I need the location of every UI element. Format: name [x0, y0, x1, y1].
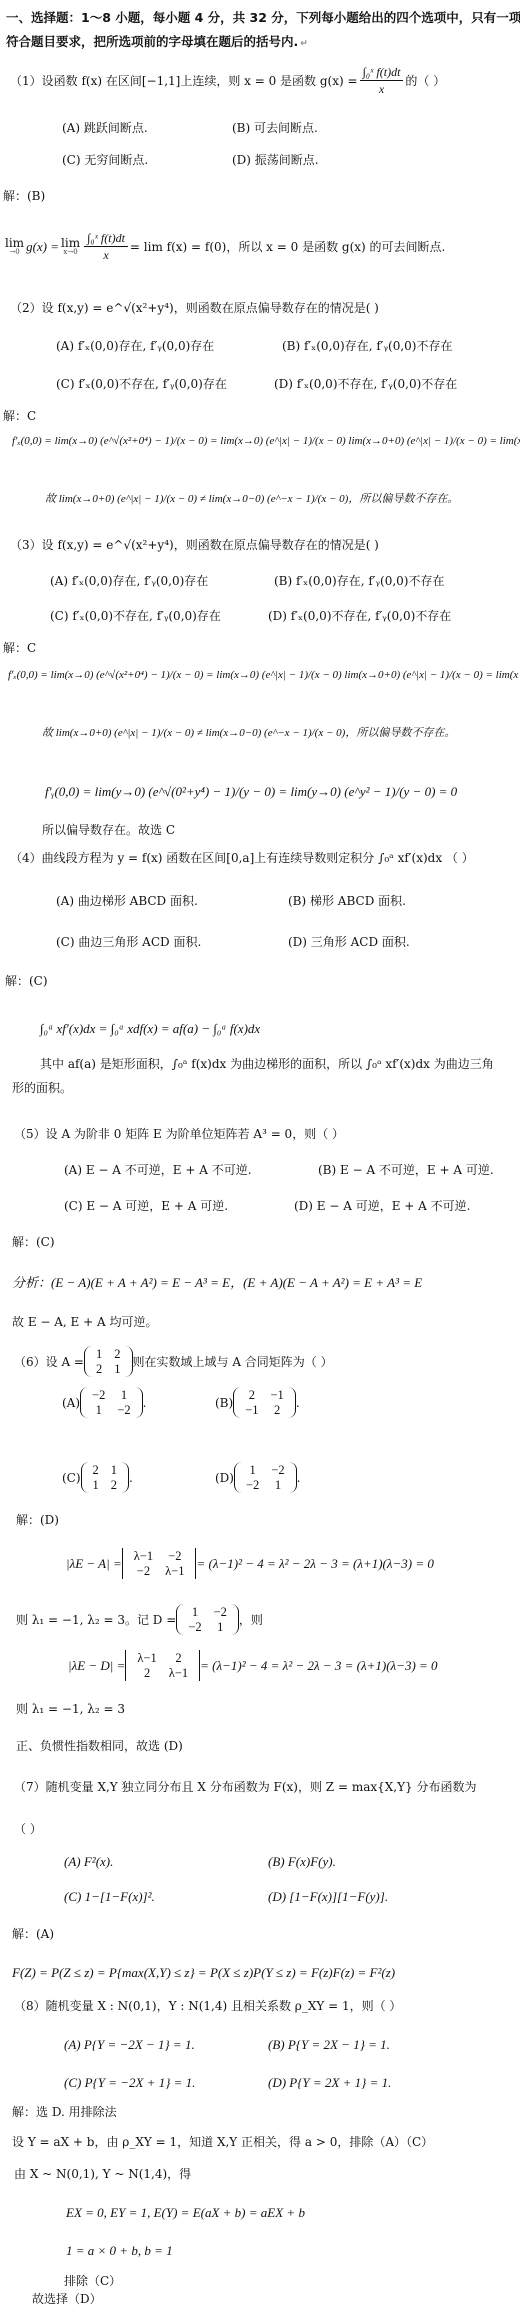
q8-solution-3: EX = 0, EY = 1, E(Y) = E(aX + b) = aEX +… — [66, 2206, 305, 2219]
q1-option-a: (A) 跳跃间断点. — [62, 122, 148, 134]
limit-subscript: x→0 — [63, 249, 77, 256]
q6-option-b: (B) 2−1−12. — [215, 1387, 300, 1418]
q6-stem-tail: 则在实数域上域与 A 合同矩阵为（ ） — [133, 1356, 333, 1368]
q2-option-a: (A) f′ₓ(0,0)存在, f′ᵧ(0,0)存在 — [56, 340, 214, 352]
q2-option-c: (C) f′ₓ(0,0)不存在, f′ᵧ(0,0)存在 — [56, 378, 227, 390]
option-matrix: 1−2−21 — [234, 1462, 297, 1493]
q3-option-b: (B) f′ₓ(0,0)存在, f′ᵧ(0,0)不存在 — [274, 575, 444, 587]
q1-solution: lim→0 g(x) = limx→0 ∫₀ˣ f(t)dtx = lim f(… — [3, 232, 445, 261]
fraction-denominator: x — [100, 247, 111, 261]
q6-option-c: (C) 2112. — [62, 1462, 133, 1493]
q6-stem: （6）设 A = 1221 则在实数域上域与 A 合同矩阵为（ ） — [14, 1346, 333, 1377]
q3-option-d: (D) f′ₓ(0,0)不存在, f′ᵧ(0,0)不存在 — [268, 610, 451, 622]
q5-option-c: (C) E − A 可逆，E + A 可逆. — [64, 1200, 228, 1212]
q4-stem: （4）曲线段方程为 y = f(x) 函数在区间[0,a]上有连续导数则定积分 … — [10, 852, 474, 864]
q3-option-c: (C) f′ₓ(0,0)不存在, f′ᵧ(0,0)存在 — [50, 610, 221, 622]
option-matrix: 2−1−12 — [233, 1387, 296, 1418]
q3-solution-1: f′ₓ(0,0) = lim(x→0) (e^√(x²+0⁴) − 1)/(x … — [8, 670, 520, 681]
q2-solution-2: 故 lim(x→0+0) (e^|x| − 1)/(x − 0) ≠ lim(x… — [45, 494, 458, 505]
q4-option-d: (D) 三角形 ACD 面积. — [288, 936, 410, 948]
option-label: (B) — [215, 1397, 233, 1409]
q7-option-c: (C) 1−[1−F(x)]². — [64, 1890, 155, 1903]
header-text: 符合题目要求，把所选项前的字母填在题后的括号内. — [6, 34, 298, 49]
det-right: = (λ−1)² − 4 = λ² − 2λ − 3 = (λ+1)(λ−3) … — [200, 1659, 437, 1672]
q5-analysis-1: 分析：(E − A)(E + A + A²) = E − A³ = E，(E +… — [12, 1276, 422, 1289]
section-header-line1: 一、选择题：1～8 小题，每小题 4 分，共 32 分，下列每小题给出的四个选项… — [6, 12, 520, 25]
matrix-d: 1−2−21 — [176, 1604, 239, 1635]
q4-solution-1: ∫₀ᵃ xf′(x)dx = ∫₀ᵃ xdf(x) = af(a) − ∫₀ᵃ … — [40, 1022, 260, 1035]
q1-fraction: ∫₀ˣ f(t)dtx — [360, 66, 404, 95]
q2-solution-1: f′ₓ(0,0) = lim(x→0) (e^√(x²+0⁴) − 1)/(x … — [12, 436, 520, 447]
q3-answer: 解：C — [3, 642, 36, 654]
q8-solution-2: 由 X ~ N(0,1), Y ~ N(1,4)，得 — [14, 2168, 191, 2180]
q6-eigenvalues-2: 则 λ₁ = −1, λ₂ = 3 — [16, 1703, 125, 1715]
eig-text: 则 λ₁ = −1, λ₂ = 3。记 D = — [16, 1614, 176, 1626]
q6-determinant-2: |λE − D| = λ−122λ−1 = (λ−1)² − 4 = λ² − … — [68, 1650, 438, 1681]
q7-option-a: (A) F²(x). — [64, 1855, 113, 1868]
option-matrix: −211−2 — [80, 1387, 143, 1418]
q4-solution-3: 形的面积。 — [12, 1082, 72, 1094]
matrix-a: 1221 — [84, 1346, 133, 1377]
q3-solution-2: 故 lim(x→0+0) (e^|x| − 1)/(x − 0) ≠ lim(x… — [42, 728, 455, 739]
q8-answer: 解：选 D. 用排除法 — [12, 2106, 117, 2118]
det-left: |λE − A| = — [66, 1557, 122, 1570]
return-mark-icon: ↵ — [300, 39, 308, 49]
section-header-line2: 符合题目要求，把所选项前的字母填在题后的括号内.↵ — [6, 36, 308, 49]
limit-subscript: →0 — [9, 249, 19, 256]
fraction-numerator: ∫₀ˣ f(t)dt — [84, 232, 128, 247]
option-label: (C) — [62, 1472, 81, 1484]
q8-option-a: (A) P{Y = −2X − 1} = 1. — [64, 2038, 195, 2051]
q2-stem: （2）设 f(x,y) = e^√(x²+y⁴)，则函数在原点偏导数存在的情况是… — [10, 302, 379, 314]
q1-answer: 解：(B) — [3, 190, 45, 202]
determinant: λ−122λ−1 — [125, 1650, 200, 1681]
q8-solution-5: 排除（C） — [64, 2275, 121, 2287]
q7-option-b: (B) F(x)F(y). — [268, 1855, 336, 1868]
det-left: |λE − D| = — [68, 1659, 125, 1672]
q2-option-d: (D) f′ₓ(0,0)不存在, f′ᵧ(0,0)不存在 — [274, 378, 457, 390]
determinant: λ−1−2−2λ−1 — [122, 1548, 197, 1579]
q6-option-a: (A) −211−2. — [62, 1387, 146, 1418]
q8-option-b: (B) P{Y = 2X − 1} = 1. — [268, 2038, 390, 2051]
q1-stem-text: （1）设函数 f(x) 在区间[−1,1]上连续，则 x = 0 是函数 g(x… — [10, 75, 358, 87]
q7-stem-1: （7）随机变量 X,Y 独立同分布且 X 分布函数为 F(x)，则 Z = ma… — [14, 1781, 477, 1793]
q8-solution-4: 1 = a × 0 + b, b = 1 — [66, 2244, 173, 2257]
q6-answer: 解：(D) — [16, 1514, 59, 1526]
q3-solution-4: 所以偏导数存在。故选 C — [42, 824, 175, 836]
q7-stem-2: （ ） — [14, 1823, 42, 1835]
option-matrix: 2112 — [81, 1462, 130, 1493]
fraction-denominator: x — [376, 81, 387, 95]
q1-option-c: (C) 无穷间断点. — [62, 154, 148, 166]
q2-answer: 解：C — [3, 410, 36, 422]
q1-option-d: (D) 振荡间断点. — [232, 154, 319, 166]
q2-option-b: (B) f′ₓ(0,0)存在, f′ᵧ(0,0)不存在 — [282, 340, 452, 352]
q4-option-a: (A) 曲边梯形 ABCD 面积. — [56, 895, 198, 907]
q5-option-a: (A) E − A 不可逆，E + A 不可逆. — [64, 1164, 252, 1176]
q8-option-d: (D) P{Y = 2X + 1} = 1. — [268, 2076, 391, 2089]
q1-sol-text: = lim f(x) = f(0)，所以 x = 0 是函数 g(x) 的可去间… — [130, 241, 445, 253]
q3-solution-3: f′ᵧ(0,0) = lim(y→0) (e^√(0²+y⁴) − 1)/(y … — [45, 785, 457, 798]
q4-option-c: (C) 曲边三角形 ACD 面积. — [56, 936, 201, 948]
q8-solution-1: 设 Y = aX + b，由 ρ_XY = 1，知道 X,Y 正相关，得 a >… — [12, 2136, 433, 2148]
q5-stem: （5）设 A 为阶非 0 矩阵 E 为阶单位矩阵若 A³ = 0，则（ ） — [14, 1128, 344, 1140]
q7-answer: 解：(A) — [12, 1928, 54, 1940]
q6-option-d: (D) 1−2−21. — [215, 1462, 300, 1493]
limit: lim→0 — [5, 237, 24, 256]
q3-option-a: (A) f′ₓ(0,0)存在, f′ᵧ(0,0)存在 — [50, 575, 208, 587]
q3-stem: （3）设 f(x,y) = e^√(x²+y⁴)，则函数在原点偏导数存在的情况是… — [10, 539, 379, 551]
q7-option-d: (D) [1−F(x)][1−F(y)]. — [268, 1890, 388, 1903]
q4-answer: 解：(C) — [5, 975, 48, 987]
q8-stem: （8）随机变量 X : N(0,1)，Y : N(1,4) 且相关系数 ρ_XY… — [14, 2000, 401, 2012]
q8-option-c: (C) P{Y = −2X + 1} = 1. — [64, 2076, 195, 2089]
q1-stem: （1）设函数 f(x) 在区间[−1,1]上连续，则 x = 0 是函数 g(x… — [10, 66, 445, 95]
eig-tail: ，则 — [239, 1614, 263, 1626]
fraction-numerator: ∫₀ˣ f(t)dt — [360, 66, 404, 81]
limit: limx→0 — [61, 237, 80, 256]
q5-option-b: (B) E − A 不可逆，E + A 可逆. — [318, 1164, 494, 1176]
det-right: = (λ−1)² − 4 = λ² − 2λ − 3 = (λ+1)(λ−3) … — [196, 1557, 433, 1570]
q6-eigenvalues-1: 则 λ₁ = −1, λ₂ = 3。记 D = 1−2−21 ，则 — [16, 1604, 263, 1635]
q1-option-b: (B) 可去间断点. — [232, 122, 318, 134]
q6-stem-text: （6）设 A = — [14, 1356, 84, 1368]
q1-sol-fraction: ∫₀ˣ f(t)dtx — [84, 232, 128, 261]
option-label: (D) — [215, 1472, 234, 1484]
option-label: (A) — [62, 1397, 80, 1409]
q7-solution: F(Z) = P(Z ≤ z) = P{max(X,Y) ≤ z} = P(X … — [12, 1966, 395, 1979]
q4-option-b: (B) 梯形 ABCD 面积. — [288, 895, 406, 907]
q4-solution-2: 其中 af(a) 是矩形面积，∫₀ᵃ f(x)dx 为曲边梯形的面积，所以 ∫₀… — [40, 1058, 494, 1070]
q5-analysis-2: 故 E − A, E + A 均可逆。 — [12, 1316, 157, 1328]
q5-answer: 解：(C) — [12, 1236, 55, 1248]
q1-stem-tail: 的（ ） — [405, 75, 445, 87]
q8-solution-6: 故选择（D） — [32, 2293, 102, 2305]
q6-conclusion: 正、负惯性指数相同，故选 (D) — [16, 1740, 183, 1752]
q6-determinant-1: |λE − A| = λ−1−2−2λ−1 = (λ−1)² − 4 = λ² … — [66, 1548, 434, 1579]
q5-option-d: (D) E − A 可逆，E + A 不可逆. — [294, 1200, 470, 1212]
